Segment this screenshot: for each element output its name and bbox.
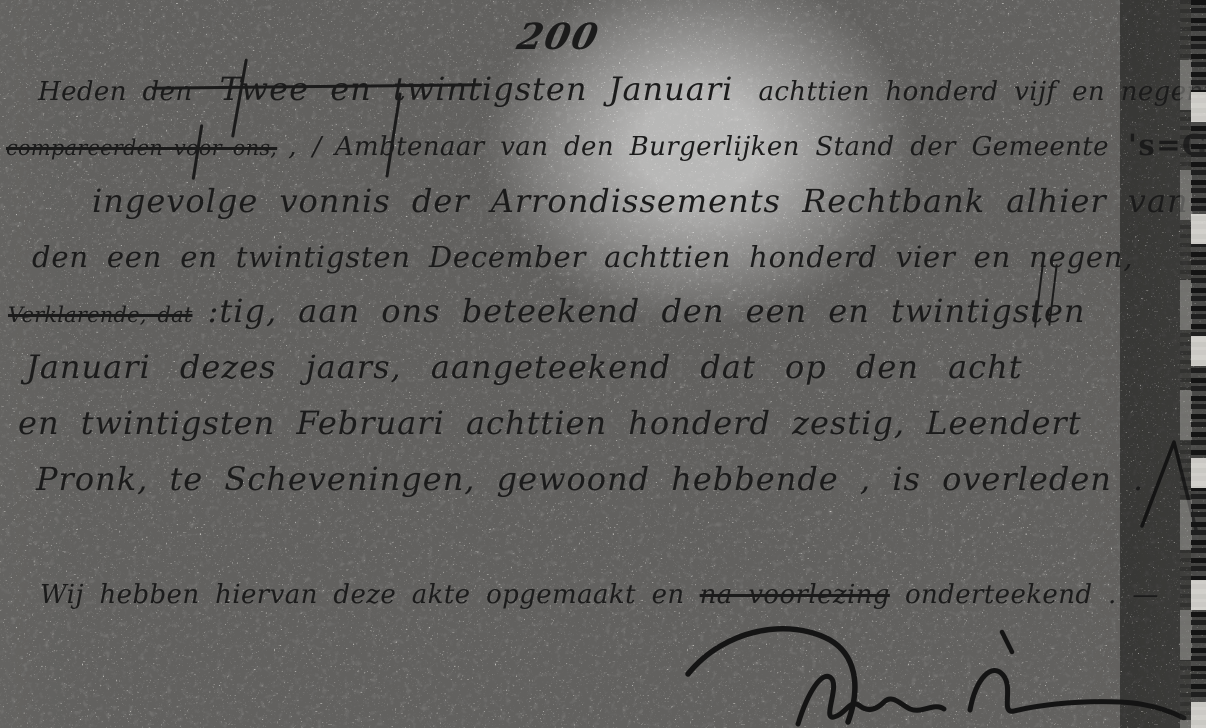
act-closing-line: Wij hebben hiervan deze akte opgemaakt e… xyxy=(40,580,1159,610)
act-line-3: ingevolge vonnis der Arrondissements Rec… xyxy=(92,182,1189,220)
closing-struck-voorlezing: na voorlezing xyxy=(700,580,890,610)
line8-text: Pronk, te Scheveningen, gewoond hebbende… xyxy=(36,460,1144,498)
line1-inserted-date: Twee en twintigsten Januari xyxy=(220,70,734,108)
line2-struck-compareerden: compareerden voor ons, xyxy=(6,136,277,160)
line7-text: en twintigsten Februari achttien honderd… xyxy=(18,404,1082,442)
act-line-7: en twintigsten Februari achttien honderd… xyxy=(18,404,1082,442)
handwritten-signature xyxy=(670,612,1200,728)
closing-formula-b: onderteekend . — xyxy=(905,580,1159,610)
line1-formula-year: achttien honderd vijf en negentig, xyxy=(758,77,1206,107)
act-line-2: compareerden voor ons, , / Ambtenaar van… xyxy=(6,128,1206,162)
act-line-4: den een en twintigsten December achttien… xyxy=(32,240,1133,274)
line2-formula-ambtenaar: Ambtenaar van den Burgerlijken Stand der… xyxy=(335,132,1109,162)
line6-text: Januari dezes jaars, aangeteekend dat op… xyxy=(26,348,1023,386)
closing-formula-a: Wij hebben hiervan deze akte opgemaakt e… xyxy=(40,580,685,610)
act-line-8: Pronk, te Scheveningen, gewoond hebbende… xyxy=(36,460,1144,498)
line2-insert-mark: , / xyxy=(288,132,322,162)
line5-text: :tig, aan ons beteekend den een en twint… xyxy=(208,292,1086,330)
line5-struck-verklarende: Verklarende, dat xyxy=(8,303,192,327)
binding-edge-strip xyxy=(1191,0,1206,728)
act-line-5: Verklarende, dat :tig, aan ons beteekend… xyxy=(8,292,1086,330)
act-number: 200 xyxy=(514,16,604,58)
act-line-6: Januari dezes jaars, aangeteekend dat op… xyxy=(26,348,1023,386)
line4-text: den een en twintigsten December achttien… xyxy=(32,240,1133,274)
line3-text: ingevolge vonnis der Arrondissements Rec… xyxy=(92,182,1189,220)
line1-formula-opening: Heden den xyxy=(38,77,192,107)
